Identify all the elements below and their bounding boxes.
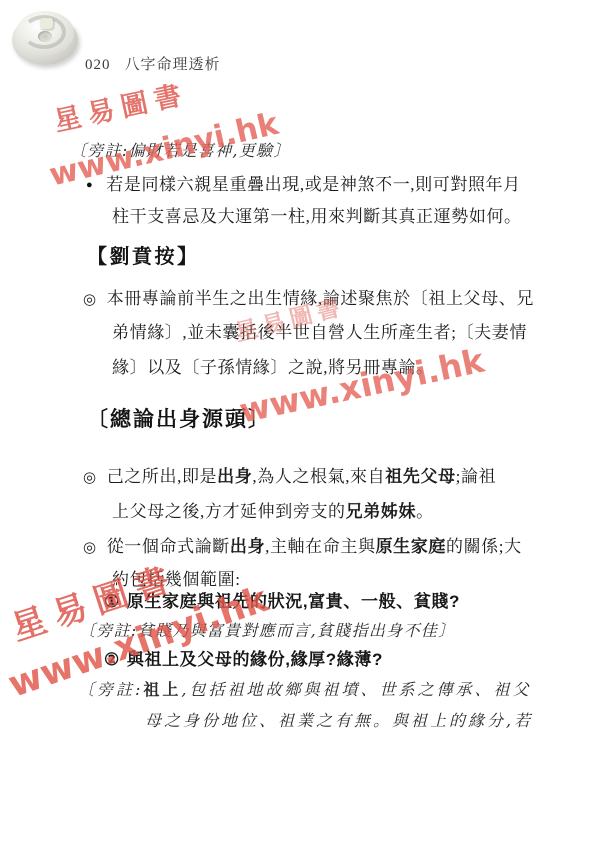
body-line: 柱干支喜忌及大運第一柱,用來判斷其真正運勢如何。 [112, 204, 522, 229]
annotation-line: 〔旁註:偏財若是喜神,更驗〕 [70, 138, 291, 163]
body-text: 若是同樣六親星重疊出現,或是神煞不一,則可對照年月 [106, 175, 521, 194]
body-text: 上父母之後,方才延伸到旁支的 [112, 502, 346, 521]
body-line: 緣〕以及〔子孫情緣〕之說,將另冊專論。 [112, 355, 434, 380]
body-line: 弟情緣〕,並未囊括後半世自營人生所產生者;〔夫妻情 [112, 320, 527, 345]
body-text: 弟情緣〕,並未囊括後半世自營人生所產生者;〔夫妻情 [112, 323, 527, 342]
bullet-ring-icon: ◎ [83, 536, 97, 561]
annotation-line: 〔旁註:祖上,包括祖地故鄉與祖墳、世系之傳承、祖父 [78, 677, 532, 703]
circled-number-icon: ② [104, 647, 120, 672]
numbered-item: ②與祖上及父母的緣份,緣厚?緣薄? [104, 647, 383, 672]
body-line: 上父母之後,方才延伸到旁支的兄弟姊妹。 [112, 499, 434, 524]
emphasis-text: 祖先父母 [385, 467, 455, 486]
section-heading: 【劉賁按】 [87, 242, 200, 272]
numbered-item-text: 與祖上及父母的緣份,緣厚?緣薄? [127, 650, 383, 669]
body-text: ;論祖 [456, 467, 497, 486]
body-text: 柱干支喜忌及大運第一柱,用來判斷其真正運勢如何。 [112, 207, 522, 226]
jade-disc-logo [10, 5, 82, 69]
bullet-ring-icon: ◎ [83, 288, 97, 313]
running-head: 020八字命理透析 [85, 53, 221, 74]
body-text: 己之所出,即是 [107, 467, 217, 486]
body-line: ●若是同樣六親星重疊出現,或是神煞不一,則可對照年月 [86, 172, 521, 198]
numbered-item-text: 原生家庭與祖先的狀況,富貴、一般、貧賤? [127, 592, 460, 611]
emphasis-text: 出身 [230, 537, 265, 556]
annotation-line: 〔旁註:貧賤乃與富貴對應而言,貧賤指出身不佳〕 [79, 618, 455, 643]
body-line: ◎從一個命式論斷出身,主軸在命主與原生家庭的關係;大 [83, 534, 522, 561]
body-text: ,主軸在命主與 [265, 537, 375, 556]
chapter-heading-text: 〔總論出身源頭〕 [87, 408, 271, 431]
annotation-text: 母之身份地位、祖業之有無。與祖上的緣分,若 [145, 711, 533, 730]
emphasis-text: 祖上 [143, 682, 181, 699]
logo-hole [38, 31, 52, 42]
book-title: 八字命理透析 [125, 57, 221, 73]
body-line: ◎己之所出,即是出身,為人之根氣,來自祖先父母;論祖 [83, 464, 496, 491]
body-text: 。 [416, 502, 434, 521]
body-text: 本冊專論前半生之出生情緣,論述聚焦於〔祖上父母、兄 [107, 289, 534, 308]
annotation-text: 〔旁註:偏財若是喜神,更驗〕 [70, 141, 291, 160]
section-heading-text: 【劉賁按】 [87, 246, 200, 268]
annotation-text: 〔旁註: [78, 680, 143, 699]
chapter-heading: 〔總論出身源頭〕 [87, 404, 271, 436]
bullet-ring-icon: ◎ [83, 466, 97, 491]
annotation-line: 母之身份地位、祖業之有無。與祖上的緣分,若 [145, 708, 533, 733]
annotation-text: 〔旁註:貧賤乃與富貴對應而言,貧賤指出身不佳〕 [79, 621, 455, 640]
numbered-item: ①原生家庭與祖先的狀況,富貴、一般、貧賤? [104, 589, 460, 614]
page-number: 020 [85, 57, 111, 73]
annotation-text: ,包括祖地故鄉與祖墳、世系之傳承、祖父 [181, 680, 531, 699]
emphasis-text: 兄弟姊妹 [346, 502, 416, 521]
body-text: 的關係;大 [446, 537, 522, 556]
bullet-dot-icon: ● [86, 173, 93, 198]
logo-knob [40, 18, 53, 29]
body-text: 從一個命式論斷 [107, 537, 230, 556]
body-text: 約包括幾個範圍: [112, 570, 241, 589]
body-text: ,為人之根氣,來自 [252, 467, 385, 486]
emphasis-text: 原生家庭 [376, 537, 446, 556]
book-page: 020八字命理透析 〔旁註:偏財若是喜神,更驗〕 ●若是同樣六親星重疊出現,或是… [0, 0, 600, 851]
body-line: ◎本冊專論前半生之出生情緣,論述聚焦於〔祖上父母、兄 [83, 286, 534, 313]
body-text: 緣〕以及〔子孫情緣〕之說,將另冊專論。 [112, 358, 434, 377]
watermark-publisher: 星易圖書 [50, 72, 191, 138]
circled-number-icon: ① [104, 589, 120, 614]
emphasis-text: 出身 [217, 467, 252, 486]
